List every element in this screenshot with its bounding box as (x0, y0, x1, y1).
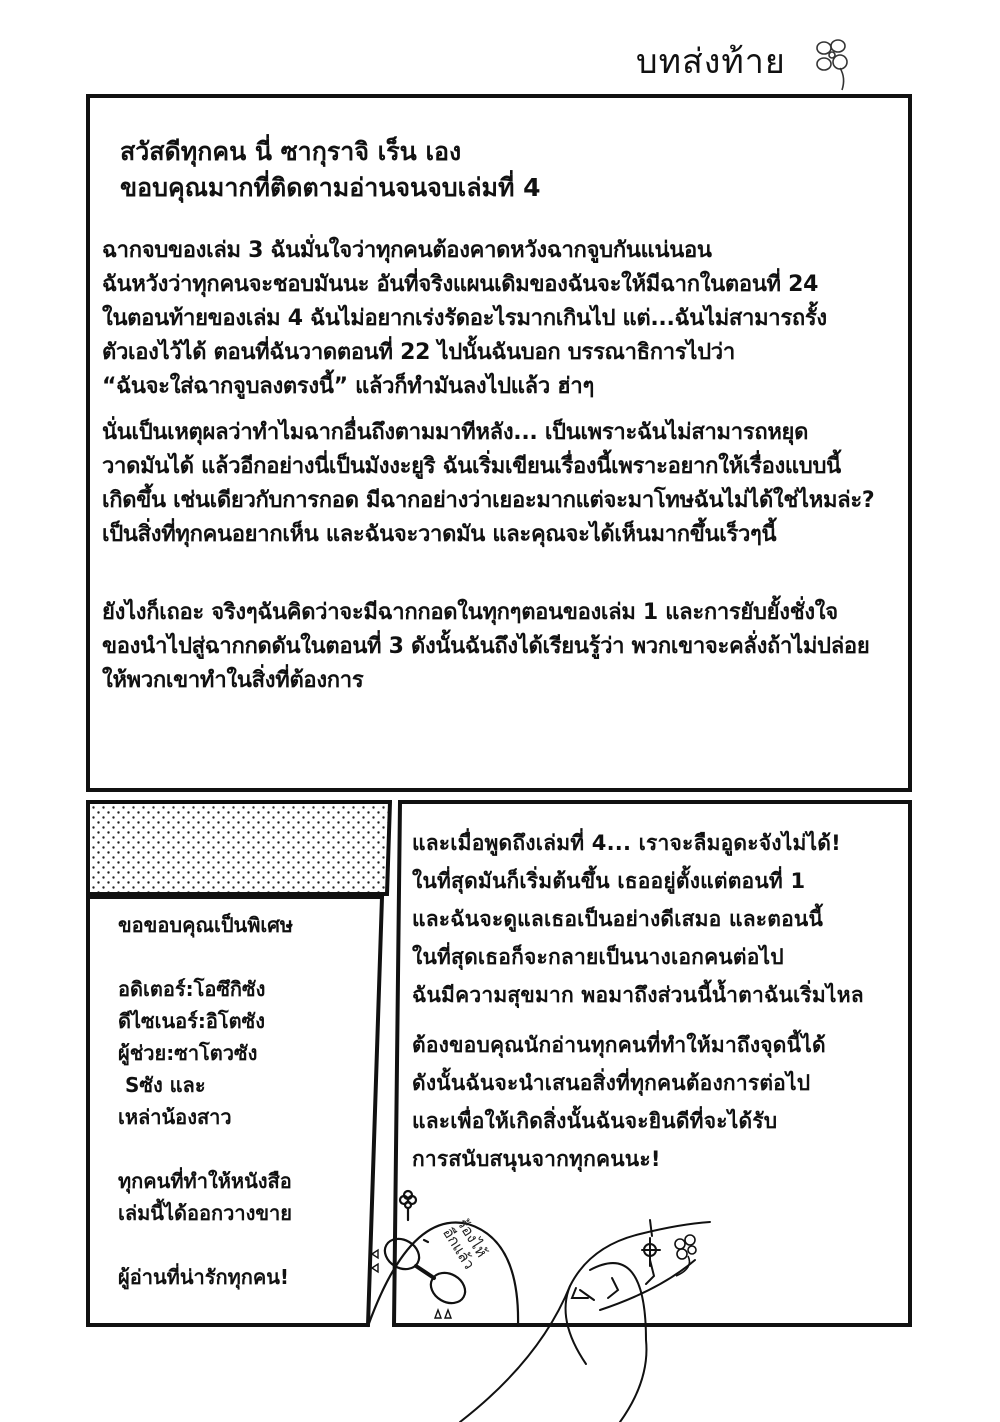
text-line: ฉันมีความสุขมาก พอมาถึงส่วนนี้น้ำตาฉันเร… (412, 976, 864, 1014)
text-line: ยังไงก็เถอะ จริงๆฉันคิดว่าจะมีฉากกอดในทุ… (102, 596, 869, 630)
right-panel-text: และเมื่อพูดถึงเล่มที่ 4... เราจะลืมอูดะจ… (412, 824, 864, 1178)
credits-heading: ขอขอบคุณเป็นพิเศษ (118, 909, 293, 941)
greeting-line: ขอบคุณมากที่ติดตามอ่านจนจบเล่มที่ 4 (120, 170, 541, 206)
signature-icon (460, 1220, 710, 1422)
paragraph-kiss-scene: ฉากจบของเล่ม 3 ฉันมั่นใจว่าทุกคนต้องคาดห… (102, 234, 827, 404)
text-line: และฉันจะดูแลเธอเป็นอย่างดีเสมอ และตอนนี้ (412, 900, 864, 938)
text-line: ต้องขอบคุณนักอ่านทุกคนที่ทำให้มาถึงจุดนี… (412, 1026, 864, 1064)
thanks-readers: ผู้อ่านที่น่ารักทุกคน! (118, 1261, 293, 1293)
thanks-makers-line: เล่มนี้ได้ออกวางขาย (118, 1197, 293, 1229)
credits-text: ขอขอบคุณเป็นพิเศษ อดิเตอร์:โอซึกิซัง ดีไ… (118, 909, 293, 1293)
credit-sisters: เหล่าน้องสาว (118, 1101, 293, 1133)
page-title: บทส่งท้าย (636, 34, 786, 88)
text-line: ฉันหวังว่าทุกคนจะชอบมันนะ อันที่จริงแผนเ… (102, 268, 827, 302)
text-line: เป็นสิ่งที่ทุกคนอยากเห็น และฉันจะวาดมัน … (102, 518, 874, 552)
flower-doodle-icon (812, 36, 856, 92)
thanks-makers-line: ทุกคนที่ทำให้หนังสือ (118, 1165, 293, 1197)
flower-doodle-icon (675, 1235, 696, 1276)
credit-s-san: Sซัง และ (118, 1069, 293, 1101)
text-line: ให้พวกเขาทำในสิ่งที่ต้องการ (102, 664, 869, 698)
credit-editor: อดิเตอร์:โอซึกิซัง (118, 973, 293, 1005)
text-line: ดังนั้นฉันจะนำเสนอสิ่งที่ทุกคนต้องการต่อ… (412, 1064, 864, 1102)
credit-assistant: ผู้ช่วย:ซาโตวซัง (118, 1037, 293, 1069)
text-line: ในตอนท้ายของเล่ม 4 ฉันไม่อยากเร่งรัดอะไร… (102, 302, 827, 336)
text-line: และเพื่อให้เกิดสิ่งนั้นฉันจะยินดีที่จะได… (412, 1102, 864, 1140)
text-line: “ฉันจะใส่ฉากจูบลงตรงนี้” แล้วก็ทำมันลงไป… (102, 370, 827, 404)
text-line: การสนับสนุนจากทุกคนนะ! (412, 1140, 864, 1178)
text-line: ตัวเองไว้ได้ ตอนที่ฉันวาดตอนที่ 22 ไปนั้… (102, 336, 827, 370)
greeting: สวัสดีทุกคน นี่ ซากุราจิ เร็น เอง ขอบคุณ… (120, 134, 541, 206)
text-line: นั่นเป็นเหตุผลว่าทำไมฉากอื่นถึงตามมาทีหล… (102, 416, 874, 450)
text-line: วาดมันได้ แล้วอีกอย่างนี่เป็นมังงะยูริ ฉ… (102, 450, 874, 484)
credit-designer: ดีไซเนอร์:อิโตซัง (118, 1005, 293, 1037)
greeting-line: สวัสดีทุกคน นี่ ซากุราจิ เร็น เอง (120, 134, 541, 170)
text-line: ในที่สุดมันก็เริ่มต้นขึ้น เธออยู่ตั้งแต่… (412, 862, 864, 900)
text-line: ของนำไปสู่ฉากกดดันในตอนที่ 3 ดังนั้นฉันถ… (102, 630, 869, 664)
paragraph-volume-one: ยังไงก็เถอะ จริงๆฉันคิดว่าจะมีฉากกอดในทุ… (102, 596, 869, 698)
paragraph-other-scenes: นั่นเป็นเหตุผลว่าทำไมฉากอื่นถึงตามมาทีหล… (102, 416, 874, 552)
screentone-panel (86, 800, 392, 896)
crying-chibi-glasses-icon (350, 1180, 770, 1422)
special-thanks-panel: ขอขอบคุณเป็นพิเศษ อดิเตอร์:โอซึกิซัง ดีไ… (86, 895, 386, 1327)
text-line: ในที่สุดเธอก็จะกลายเป็นนางเอกคนต่อไป (412, 938, 864, 976)
afterword-main-panel: สวัสดีทุกคน นี่ ซากุราจิ เร็น เอง ขอบคุณ… (86, 94, 912, 792)
text-line: เกิดขึ้น เช่นเดียวกับการกอด มีฉากอย่างว่… (102, 484, 874, 518)
text-line: ฉากจบของเล่ม 3 ฉันมั่นใจว่าทุกคนต้องคาดห… (102, 234, 827, 268)
text-line: และเมื่อพูดถึงเล่มที่ 4... เราจะลืมอูดะจ… (412, 824, 864, 862)
